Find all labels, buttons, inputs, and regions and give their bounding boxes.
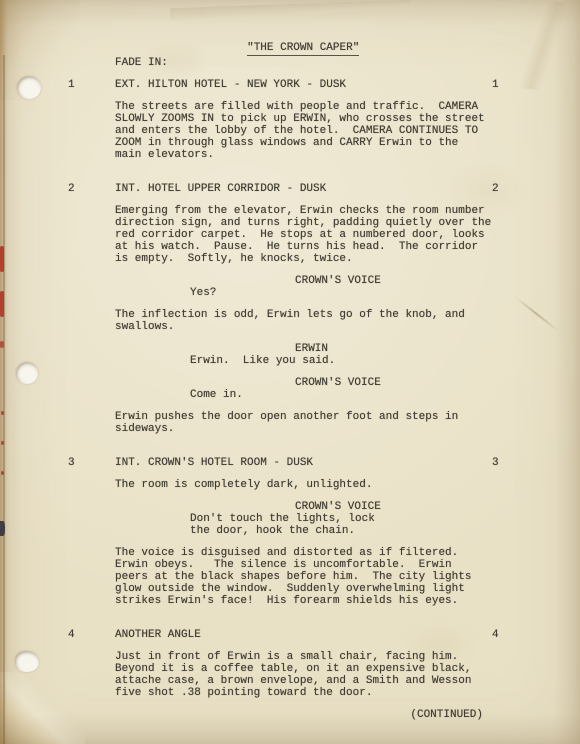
- scene: 3INT. CROWN'S HOTEL ROOM - DUSK3The room…: [115, 457, 515, 607]
- action-line: Erwin pushes the door open another foot …: [115, 411, 515, 423]
- transition-fade-in: FADE IN:: [115, 57, 515, 69]
- scene: 4ANOTHER ANGLE4Just in front of Erwin is…: [115, 629, 515, 699]
- action-line: five shot .38 pointing toward the door.: [115, 687, 515, 699]
- action-line: swallows.: [115, 321, 515, 333]
- red-edge-dot: [1, 411, 4, 415]
- scene-heading: 3INT. CROWN'S HOTEL ROOM - DUSK3: [115, 457, 515, 469]
- scene: 2INT. HOTEL UPPER CORRIDOR - DUSK2Emergi…: [115, 183, 515, 435]
- action-line: Erwin obeys. The silence is uncomfortabl…: [115, 559, 515, 571]
- action-line: Just in front of Erwin is a small chair,…: [115, 651, 515, 663]
- scene-number-left: 4: [68, 629, 75, 641]
- scene-number-right: 4: [492, 629, 499, 641]
- character-name: CROWN'S VOICE: [295, 377, 515, 389]
- action-block: The inflection is odd, Erwin lets go of …: [115, 309, 515, 333]
- page-title-text: "THE CROWN CAPER": [247, 42, 359, 56]
- scene-heading-text: EXT. HILTON HOTEL - NEW YORK - DUSK: [115, 79, 346, 91]
- script-content: FADE IN: 1EXT. HILTON HOTEL - NEW YORK -…: [115, 57, 515, 721]
- red-edge-mark: [0, 341, 4, 348]
- action-line: at his watch. Pause. He turns his head. …: [115, 241, 515, 253]
- scene-number-right: 3: [492, 457, 499, 469]
- character-name: CROWN'S VOICE: [295, 501, 515, 513]
- scene-number-left: 1: [68, 79, 75, 91]
- dialogue-block: CROWN'S VOICECome in.: [190, 377, 515, 401]
- action-block: Emerging from the elevator, Erwin checks…: [115, 205, 515, 265]
- action-line: sideways.: [115, 423, 515, 435]
- punch-hole-bottom: [15, 651, 39, 672]
- continued-note: (CONTINUED): [115, 709, 483, 721]
- dialogue-line: Erwin. Like you said.: [190, 355, 515, 367]
- crease-top: [170, 0, 410, 20]
- action-line: peers at the black shapes before him. Th…: [115, 571, 515, 583]
- character-name: CROWN'S VOICE: [295, 275, 515, 287]
- action-line: The room is completely dark, unlighted.: [115, 479, 515, 491]
- scene-heading: 1EXT. HILTON HOTEL - NEW YORK - DUSK1: [115, 79, 515, 91]
- action-block: The voice is disguised and distorted as …: [115, 547, 515, 607]
- scene-heading-text: INT. CROWN'S HOTEL ROOM - DUSK: [115, 457, 313, 469]
- scene: 1EXT. HILTON HOTEL - NEW YORK - DUSK1The…: [115, 79, 515, 161]
- red-edge-dot: [1, 441, 4, 445]
- dialogue-line: Don't touch the lights, lock: [190, 513, 515, 525]
- dialogue-line: the door, hook the chain.: [190, 525, 515, 537]
- fold-bottom-left: [0, 672, 85, 744]
- dialogue-block: CROWN'S VOICEDon't touch the lights, loc…: [190, 501, 515, 537]
- scene-heading-text: ANOTHER ANGLE: [115, 629, 201, 641]
- action-line: red corridor carpet. He stops at a numbe…: [115, 229, 515, 241]
- action-line: main elevators.: [115, 149, 515, 161]
- dialogue-block: CROWN'S VOICEYes?: [190, 275, 515, 299]
- punch-hole-middle: [16, 362, 38, 384]
- scene-heading: 2INT. HOTEL UPPER CORRIDOR - DUSK2: [115, 183, 515, 195]
- scene-number-right: 2: [492, 183, 499, 195]
- red-edge-mark: [0, 246, 4, 272]
- scenes-container: 1EXT. HILTON HOTEL - NEW YORK - DUSK1The…: [115, 79, 515, 699]
- dialogue-block: ERWINErwin. Like you said.: [190, 343, 515, 367]
- character-name: ERWIN: [295, 343, 515, 355]
- action-line: The voice is disguised and distorted as …: [115, 547, 515, 559]
- action-block: Erwin pushes the door open another foot …: [115, 411, 515, 435]
- scene-number-left: 3: [68, 457, 75, 469]
- dialogue-line: Yes?: [190, 287, 515, 299]
- scene-heading-text: INT. HOTEL UPPER CORRIDOR - DUSK: [115, 183, 326, 195]
- page-left-edge-line: [3, 55, 5, 744]
- red-edge-dot: [1, 471, 4, 475]
- scene-number-right: 1: [492, 79, 499, 91]
- action-line: The streets are filled with people and t…: [115, 101, 515, 113]
- action-line: The inflection is odd, Erwin lets go of …: [115, 309, 515, 321]
- action-line: attache case, a brown envelope, and a Sm…: [115, 675, 515, 687]
- action-line: Emerging from the elevator, Erwin checks…: [115, 205, 515, 217]
- action-line: and enters the lobby of the hotel. CAMER…: [115, 125, 515, 137]
- scene-number-left: 2: [68, 183, 75, 195]
- ink-smudge: [0, 521, 5, 536]
- action-line: strikes Erwin's face! His forearm shield…: [115, 595, 515, 607]
- punch-hole-top: [17, 76, 41, 99]
- action-line: SLOWLY ZOOMS IN to pick up ERWIN, who cr…: [115, 113, 515, 125]
- action-line: direction sign, and turns right, padding…: [115, 217, 515, 229]
- red-edge-mark: [0, 291, 4, 317]
- crease-right: [515, 296, 559, 331]
- action-line: glow outside the window. Suddenly overwh…: [115, 583, 515, 595]
- dialogue-line: Come in.: [190, 389, 515, 401]
- action-line: ZOOM in through glass windows and CARRY …: [115, 137, 515, 149]
- action-line: Beyond it is a coffee table, on it an ex…: [115, 663, 515, 675]
- scene-heading: 4ANOTHER ANGLE4: [115, 629, 515, 641]
- action-block: Just in front of Erwin is a small chair,…: [115, 651, 515, 699]
- script-page: "THE CROWN CAPER" FADE IN: 1EXT. HILTON …: [0, 0, 580, 744]
- action-block: The streets are filled with people and t…: [115, 101, 515, 161]
- action-block: The room is completely dark, unlighted.: [115, 479, 515, 491]
- action-line: is empty. Softly, he knocks, twice.: [115, 253, 515, 265]
